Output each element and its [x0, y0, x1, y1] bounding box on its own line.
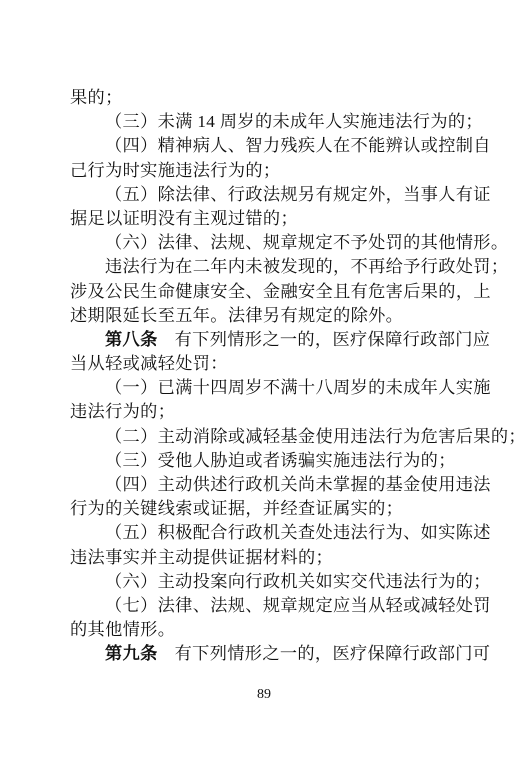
- list-item-mitigate-harm: （二）主动消除或减轻基金使用违法行为危害后果的；: [70, 425, 458, 449]
- list-item-other-mitigation: （七）法律、法规、规章规定应当从轻或减轻处罚: [70, 594, 458, 618]
- text-line: 涉及公民生命健康安全、金融安全且有危害后果的，上: [70, 280, 458, 304]
- text-line: 当从轻或减轻处罚：: [70, 352, 458, 376]
- text-line: 违法行为的；: [70, 400, 458, 424]
- page-number: 89: [0, 687, 528, 703]
- article-8-text: 有下列情形之一的，医疗保障行政部门应: [175, 330, 491, 349]
- text-line: 行为的关键线索或证据，并经查证属实的；: [70, 497, 458, 521]
- list-item-surrender: （六）主动投案向行政机关如实交代违法行为的；: [70, 570, 458, 594]
- text-line: 违法事实并主动提供证据材料的；: [70, 546, 458, 570]
- article-9-text: 有下列情形之一的，医疗保障行政部门可: [175, 644, 491, 663]
- list-item-cooperate: （五）积极配合行政机关查处违法行为、如实陈述: [70, 521, 458, 545]
- document-page: 果的； （三）未满 14 周岁的未成年人实施违法行为的； （四）精神病人、智力残…: [0, 0, 528, 767]
- text-line: 的其他情形。: [70, 618, 458, 642]
- list-item-confess-clues: （四）主动供述行政机关尚未掌握的基金使用违法: [70, 473, 458, 497]
- text-line: 述期限延长至五年。法律另有规定的除外。: [70, 304, 458, 328]
- text-line: 据足以证明没有主观过错的；: [70, 207, 458, 231]
- article-8-heading-line: 第八条有下列情形之一的，医疗保障行政部门应: [70, 328, 458, 352]
- list-item-no-subjective-fault: （五）除法律、行政法规另有规定外，当事人有证: [70, 183, 458, 207]
- list-item-coerced: （三）受他人胁迫或者诱骗实施违法行为的；: [70, 449, 458, 473]
- article-8-title: 第八条: [105, 330, 158, 349]
- list-item-mental-illness: （四）精神病人、智力残疾人在不能辨认或控制自: [70, 134, 458, 158]
- paragraph-statute-of-limitations: 违法行为在二年内未被发现的，不再给予行政处罚；: [70, 255, 458, 279]
- text-line: 己行为时实施违法行为的；: [70, 159, 458, 183]
- text-line: 果的；: [70, 86, 458, 110]
- list-item-minor-14-18: （一）已满十四周岁不满十八周岁的未成年人实施: [70, 376, 458, 400]
- document-body: 果的； （三）未满 14 周岁的未成年人实施违法行为的； （四）精神病人、智力残…: [70, 86, 458, 667]
- list-item-other-no-penalty: （六）法律、法规、规章规定不予处罚的其他情形。: [70, 231, 458, 255]
- list-item-minor-under-14: （三）未满 14 周岁的未成年人实施违法行为的；: [70, 110, 458, 134]
- article-9-heading-line: 第九条有下列情形之一的，医疗保障行政部门可: [70, 642, 458, 666]
- article-9-title: 第九条: [105, 644, 158, 663]
